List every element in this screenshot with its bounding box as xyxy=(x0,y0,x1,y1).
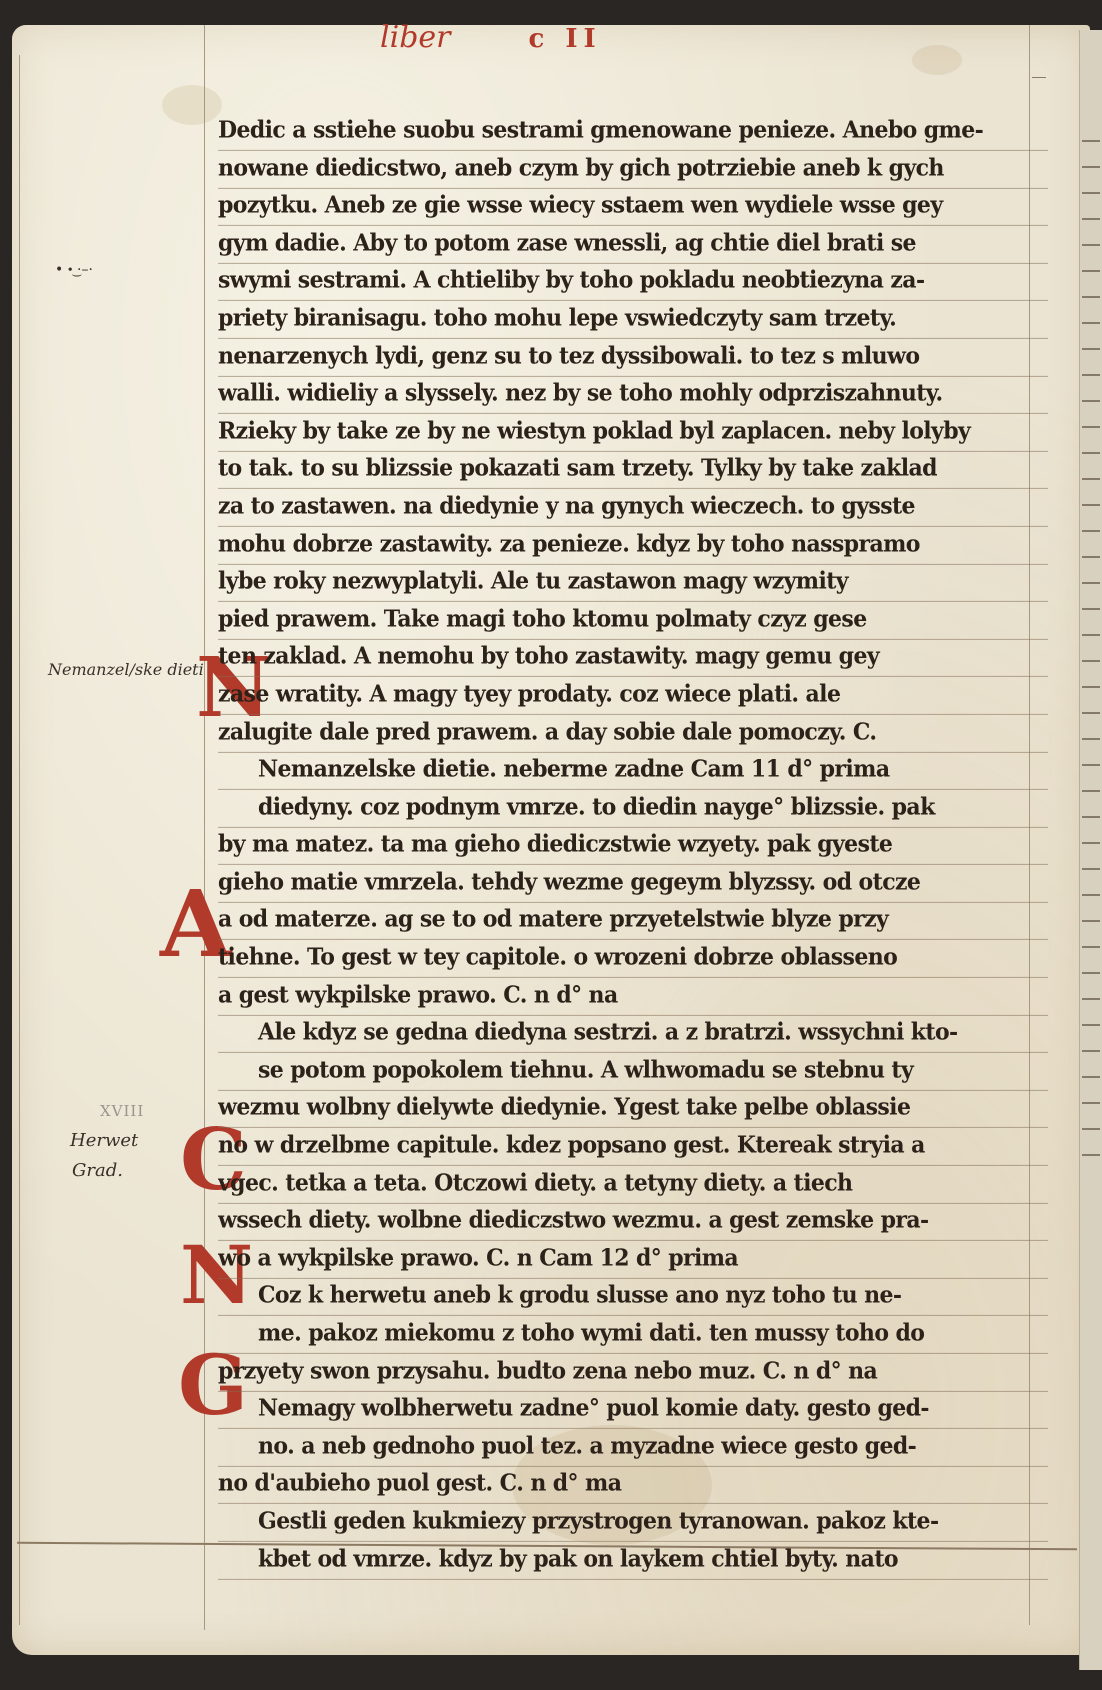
text-line: zase wratity. A magy tyey prodaty. coz w… xyxy=(218,675,1048,714)
text-line: Ale kdyz se gedna diedyna sestrzi. a z b… xyxy=(218,1013,1048,1052)
tick-mark xyxy=(1032,77,1046,78)
text-line: walli. widieliy a slyssely. nez by se to… xyxy=(218,374,1048,413)
text-line: no. a neb gednoho puol tez. a myzadne wi… xyxy=(218,1427,1048,1466)
text-line: wssech diety. wolbne diediczstwo wezmu. … xyxy=(218,1201,1048,1240)
stain xyxy=(162,85,222,125)
text-line: tiehne. To gest w tey capitole. o wrozen… xyxy=(218,938,1048,977)
text-line-rubricated: Nemanzelske dietie. neberme zadne Cam 11… xyxy=(218,750,1048,789)
text-line: se potom popokolem tiehnu. A wlhwomadu s… xyxy=(218,1051,1048,1090)
text-line: przyety swon przysahu. budto zena nebo m… xyxy=(218,1352,1048,1391)
text-line: Gestli geden kukmiezy przystrogen tyrano… xyxy=(218,1502,1048,1541)
text-line: Dedic a sstiehe suobu sestrami gmenowane… xyxy=(218,111,1048,150)
stain xyxy=(912,45,962,75)
text-line: mohu dobrze zastawity. za penieze. kdyz … xyxy=(218,525,1048,564)
text-line-rubricated: wo a wykpilske prawo. C. n Cam 12 d° pri… xyxy=(218,1239,1048,1278)
folio-number: c II xyxy=(529,24,602,54)
text-line: to tak. to su blizssie pokazati sam trze… xyxy=(218,449,1048,488)
text-line: Nemagy wolbherwetu zadne° puol komie dat… xyxy=(218,1389,1048,1428)
text-line: nowane diedicstwo, aneb czym by gich pot… xyxy=(218,149,1048,188)
margin-note-herwet: Herwet xyxy=(70,1130,138,1151)
text-line: vgec. tetka a teta. Otczowi diety. a tet… xyxy=(218,1164,1048,1203)
text-line: swymi sestrami. A chtieliby by toho pokl… xyxy=(218,261,1048,300)
adjacent-page-edge xyxy=(1079,30,1102,1670)
text-line: Rzieky by take ze by ne wiestyn poklad b… xyxy=(218,412,1048,451)
text-line: a gest wykpilske prawo. C. n d° na xyxy=(218,976,1048,1015)
text-line: a od materze. ag se to od matere przyete… xyxy=(218,901,1048,940)
text-line: lybe roky nezwyplatyli. Ale tu zastawon … xyxy=(218,562,1048,601)
text-line: no w drzelbme capitule. kdez popsano ges… xyxy=(218,1126,1048,1165)
running-title: liber xyxy=(380,20,451,55)
page-header: liber c II xyxy=(380,20,602,55)
text-line: priety biranisagu. toho mohu lepe vswied… xyxy=(218,299,1048,338)
margin-note-nemanzelske: Nemanzel/ske dieti xyxy=(48,660,204,679)
adjacent-page-text-lines xyxy=(1082,140,1100,1180)
text-line: no d'aubieho puol gest. C. n d° ma xyxy=(218,1464,1048,1503)
margin-rule-outer xyxy=(19,55,20,1625)
text-line: wezmu wolbny dielywte diedynie. Ygest ta… xyxy=(218,1088,1048,1127)
text-line: by ma matez. ta ma gieho diediczstwie wz… xyxy=(218,825,1048,864)
text-line: gieho matie vmrzela. tehdy wezme gegeym … xyxy=(218,863,1048,902)
text-line: gym dadie. Aby to potom zase wnessli, ag… xyxy=(218,224,1048,263)
margin-note-folio-number: XVIII xyxy=(100,1102,144,1120)
text-line: pozytku. Aneb ze gie wsse wiecy sstaem w… xyxy=(218,186,1048,225)
margin-note-grad: Grad. xyxy=(72,1160,123,1181)
text-line: kbet od vmrze. kdyz by pak on laykem cht… xyxy=(218,1540,1048,1579)
text-line: pied prawem. Take magi toho ktomu polmat… xyxy=(218,600,1048,639)
text-line: me. pakoz miekomu z toho wymi dati. ten … xyxy=(218,1314,1048,1353)
main-text-column: Dedic a sstiehe suobu sestrami gmenowane… xyxy=(218,112,1048,1578)
text-line: diedyny. coz podnym vmrze. to diedin nay… xyxy=(218,788,1048,827)
text-line: ten zaklad. A nemohu by toho zastawity. … xyxy=(218,637,1048,676)
text-line: zalugite dale pred prawem. a day sobie d… xyxy=(218,713,1048,752)
text-line: za to zastawen. na diedynie y na gynych … xyxy=(218,487,1048,526)
text-line: nenarzenych lydi, genz su to tez dyssibo… xyxy=(218,337,1048,376)
margin-mark: • •͜ ·–· xyxy=(55,262,93,279)
text-line: Coz k herwetu aneb k grodu slusse ano ny… xyxy=(218,1276,1048,1315)
